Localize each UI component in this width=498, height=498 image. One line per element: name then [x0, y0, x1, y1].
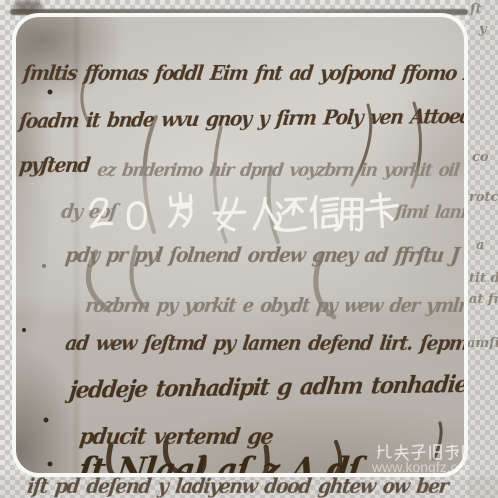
edge-fragment: a — [476, 238, 484, 253]
edge-fragment: at fm — [469, 292, 498, 307]
edge-fragment: amſit — [467, 336, 498, 351]
manuscript-line: ſmltis ffomas foddl Eim fnt ad yoſpond f… — [22, 61, 468, 85]
top-left-smudge — [14, 0, 42, 12]
edge-fragment: tit d — [469, 271, 498, 286]
screenshot-canvas: co rotc a tit d at fm amſit ſt y iſt pd … — [0, 0, 498, 498]
manuscript-line-faded: pdy pr pyl ſolnend ordew gney ad ffrſtu … — [64, 243, 468, 267]
manuscript-line: ad wew ſeſtmd py lamen defend lirt. ſepm… — [64, 331, 468, 355]
manuscript-line: pyſtend — [18, 153, 91, 177]
watermark-site-url: www.kongfz.c — [372, 459, 458, 475]
edge-fragment: co — [472, 150, 489, 165]
title-overlay-strokes — [70, 189, 420, 241]
manuscript-line: ſt Nlaal aſ z A dſ — [76, 451, 362, 477]
manuscript-line-faded: ez bnderimo hir dpnd voyzbrn in yorkit o… — [96, 160, 468, 181]
edge-fragment: rotc — [469, 190, 498, 205]
manuscript-line: pducit vertemd ge — [78, 424, 274, 450]
manuscript-line: ſoadm it bnde wvu gnoy y ſirm Poly ven A… — [18, 103, 468, 133]
edge-fragment: ſt — [470, 2, 482, 17]
manuscript-line-faded: rozbrm py yorkit e obydt py wew der ymln… — [84, 295, 468, 317]
manuscript-photo: ſmltis ffomas foddl Eim fnt ad yoſpond f… — [12, 13, 468, 477]
backdrop-bottom-script: iſt pd deſend y ladiyenw dood ghtew ow b… — [26, 474, 449, 498]
edge-fragment: y — [479, 22, 487, 37]
